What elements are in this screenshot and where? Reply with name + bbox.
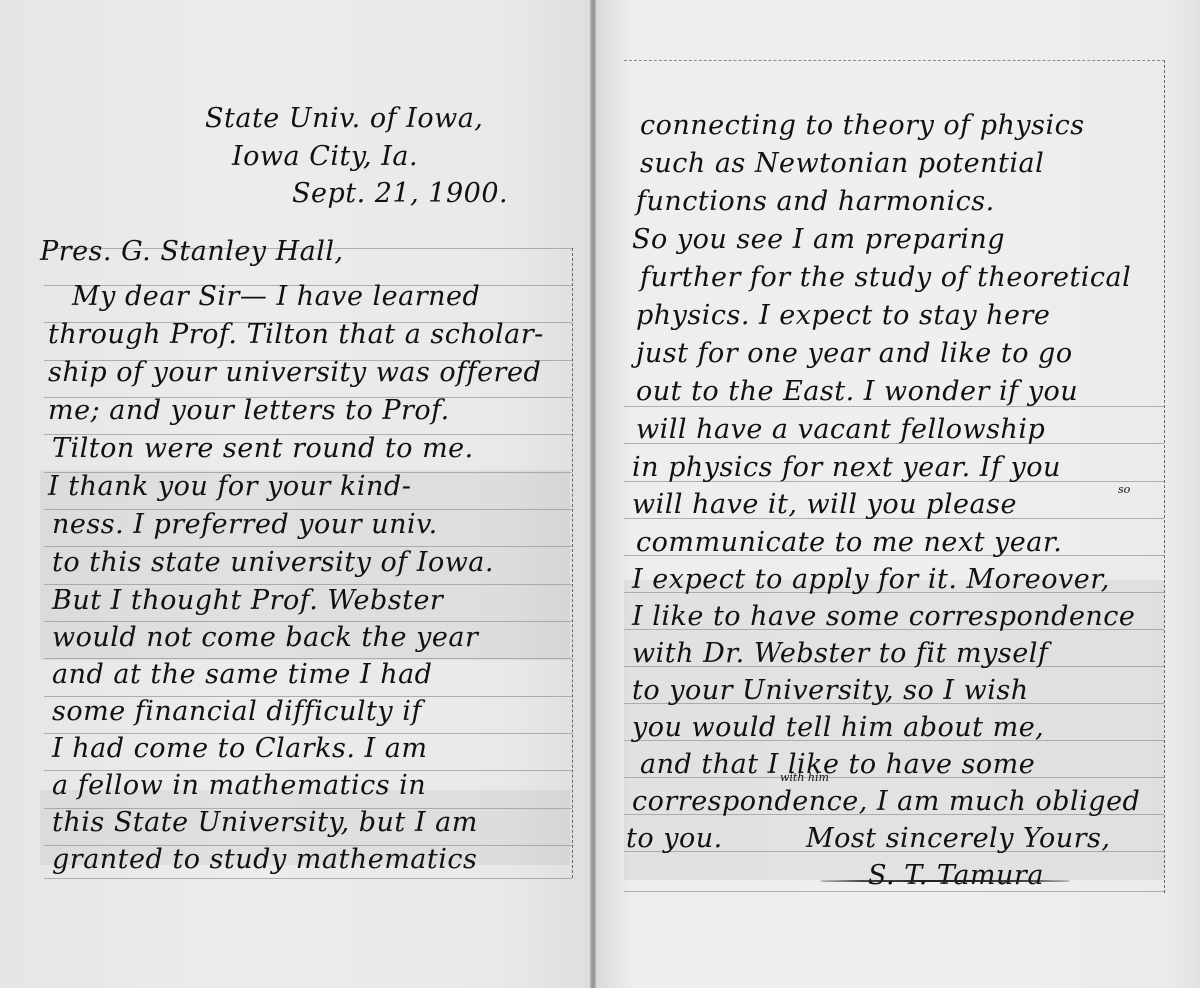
right-line: functions and harmonics. [636,188,995,215]
right-line: in physics for next year. If you [632,454,1061,481]
right-line: physics. I expect to stay here [636,302,1050,329]
right-line: and that I like to have some [640,751,1035,778]
left-line: I thank you for your kind- [48,473,411,500]
right-page: connecting to theory of physics such as … [596,0,1200,988]
right-line: such as Newtonian potential [640,150,1044,177]
left-line: to this state university of Iowa. [52,549,494,576]
right-line: will have it, will you please [632,491,1017,518]
left-page: State Univ. of Iowa, Iowa City, Ia. Sept… [0,0,592,988]
left-line: would not come back the year [52,624,478,651]
closing: Most sincerely Yours, [806,825,1111,852]
right-line: just for one year and like to go [636,340,1073,367]
right-line: connecting to theory of physics [640,112,1085,139]
right-line: out to the East. I wonder if you [636,378,1078,405]
signature-underline [820,880,1070,882]
left-line: me; and your letters to Prof. [48,397,450,424]
right-line: to you. [626,825,723,852]
right-line: with Dr. Webster to fit myself [632,640,1048,667]
right-line: to your University, so I wish [632,677,1029,704]
right-line: you would tell him about me, [632,714,1044,741]
left-line: I had come to Clarks. I am [52,735,427,762]
left-line: some financial difficulty if [52,698,422,725]
right-line: I like to have some correspondence [632,603,1135,630]
left-line: ness. I preferred your univ. [52,511,438,538]
right-line: So you see I am preparing [632,226,1005,253]
heading-line-1: State Univ. of Iowa, [205,105,483,132]
left-line: But I thought Prof. Webster [52,587,443,614]
left-line: ship of your university was offered [48,359,541,386]
left-line: a fellow in mathematics in [52,772,426,799]
right-line: communicate to me next year. [636,529,1062,556]
recipient: Pres. G. Stanley Hall, [40,238,344,265]
letter-date: Sept. 21, 1900. [292,180,508,207]
signature: S. T. Tamura [868,862,1044,889]
heading-line-2: Iowa City, Ia. [232,143,418,170]
right-line: further for the study of theoretical [640,264,1131,291]
left-line: and at the same time I had [52,661,432,688]
left-line: this State University, but I am [52,809,478,836]
left-line: Tilton were sent round to me. [52,435,474,462]
right-line: correspondence, I am much obliged [632,788,1140,815]
left-line: granted to study mathematics [52,846,477,873]
insertion-so: so [1118,484,1130,495]
left-line: My dear Sir— I have learned [72,283,480,310]
right-line: will have a vacant fellowship [636,416,1045,443]
insertion-with-him: with him [780,772,829,783]
left-line: through Prof. Tilton that a scholar- [48,321,544,348]
right-line: I expect to apply for it. Moreover, [632,566,1110,593]
